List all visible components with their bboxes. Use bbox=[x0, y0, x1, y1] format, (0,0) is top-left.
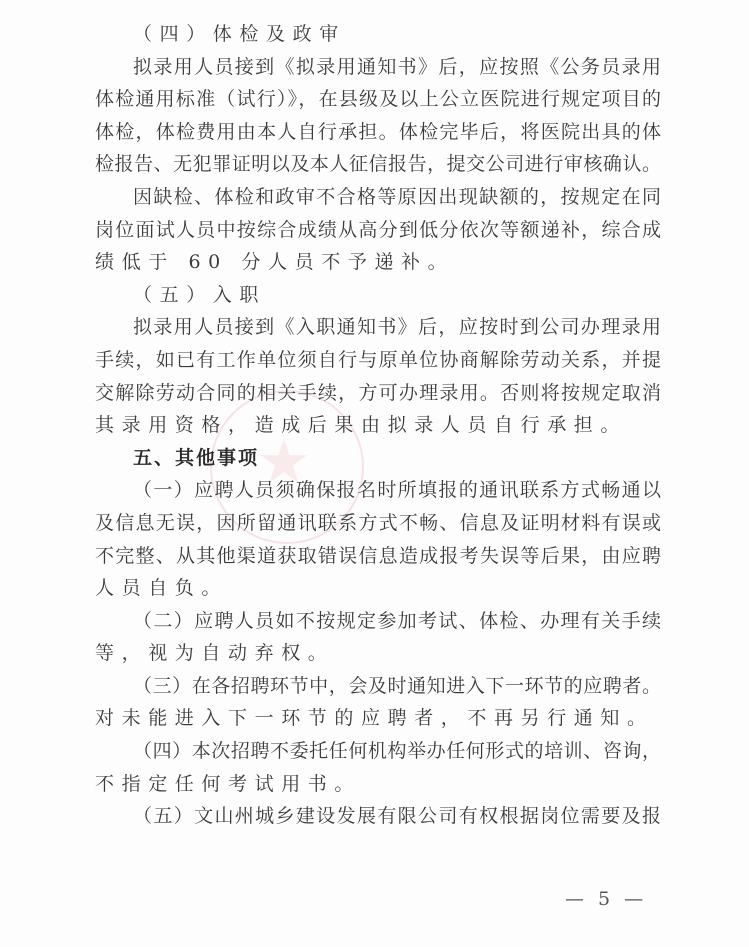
section-heading: 五、其他事项 bbox=[95, 442, 661, 475]
text-line: （三）在各招聘环节中，会及时通知进入下一环节的应聘者。 bbox=[95, 670, 661, 703]
text-line: 等，视为自动弃权。 bbox=[95, 637, 661, 670]
text-line: 体检通用标准（试行）》，在县级及以上公立医院进行规定项目的 bbox=[95, 83, 661, 116]
text-line: （二）应聘人员如不按规定参加考试、体检、办理有关手续 bbox=[95, 605, 661, 638]
text-line: 手续，如已有工作单位须自行与原单位协商解除劳动关系，并提 bbox=[95, 344, 661, 377]
text-line: （四）体检及政审 bbox=[95, 18, 661, 51]
text-line: 绩低于 60 分人员不予递补。 bbox=[95, 246, 661, 279]
text-line: 拟录用人员接到《入职通知书》后，应按时到公司办理录用 bbox=[95, 311, 661, 344]
text-line: 人员自负。 bbox=[95, 572, 661, 605]
page-number: — 5 — bbox=[565, 888, 647, 910]
text-line: 及信息无误，因所留通讯联系方式不畅、信息及证明材料有误或 bbox=[95, 507, 661, 540]
text-line: 交解除劳动合同的相关手续，方可办理录用。否则将按规定取消 bbox=[95, 377, 661, 410]
text-line: 检报告、无犯罪证明以及本人征信报告，提交公司进行审核确认。 bbox=[95, 148, 661, 181]
document-page: （四）体检及政审拟录用人员接到《拟录用通知书》后，应按照《公务员录用体检通用标准… bbox=[95, 18, 661, 833]
text-line: 岗位面试人员中按综合成绩从高分到低分依次等额递补，综合成 bbox=[95, 214, 661, 247]
text-line: （四）本次招聘不委托任何机构举办任何形式的培训、咨询， bbox=[95, 735, 661, 768]
text-line: 体检，体检费用由本人自行承担。体检完毕后，将医院出具的体 bbox=[95, 116, 661, 149]
text-line: （五）入职 bbox=[95, 279, 661, 312]
text-line: （一）应聘人员须确保报名时所填报的通讯联系方式畅通以 bbox=[95, 474, 661, 507]
text-line: 拟录用人员接到《拟录用通知书》后，应按照《公务员录用 bbox=[95, 51, 661, 84]
text-line: （五）文山州城乡建设发展有限公司有权根据岗位需要及报 bbox=[95, 800, 661, 833]
text-line: 不完整、从其他渠道获取错误信息造成报考失误等后果，由应聘 bbox=[95, 540, 661, 573]
text-line: 因缺检、体检和政审不合格等原因出现缺额的，按规定在同 bbox=[95, 181, 661, 214]
text-line: 不指定任何考试用书。 bbox=[95, 768, 661, 801]
text-line: 对未能进入下一环节的应聘者，不再另行通知。 bbox=[95, 702, 661, 735]
text-line: 其录用资格，造成后果由拟录人员自行承担。 bbox=[95, 409, 661, 442]
